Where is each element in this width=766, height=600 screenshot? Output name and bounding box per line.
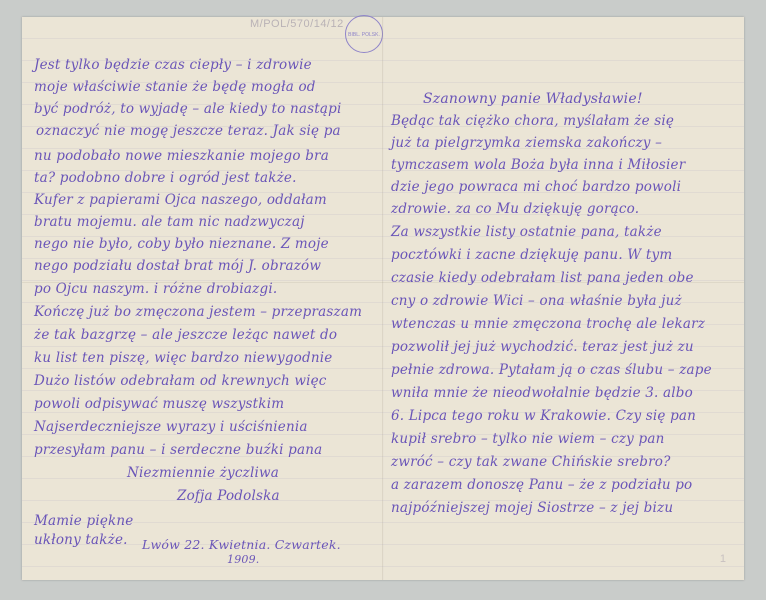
- right-page: Szanowny panie Władysławie! Będąc tak ci…: [383, 17, 744, 580]
- postscript-line: ukłony także.: [34, 532, 128, 548]
- date-place: Lwów 22. Kwietnia. Czwartek.: [142, 537, 341, 552]
- letter-line: Dużo listów odebrałam od krewnych więc: [34, 373, 327, 389]
- letter-line: dzie jego powraca mi choć bardzo powoli: [391, 179, 681, 195]
- shelfmark: M/POL/570/14/12: [250, 18, 344, 30]
- letter-line: Będąc tak ciężko chora, myślałam że się: [391, 113, 674, 129]
- letter-line: że tak bazgrzę – ale jeszcze leżąc nawet…: [34, 327, 337, 343]
- letter-line: nu podobało nowe mieszkanie mojego bra: [34, 148, 329, 164]
- letter-line: 6. Lipca tego roku w Krakowie. Czy się p…: [391, 408, 696, 424]
- letter-line: Kufer z papierami Ojca naszego, oddałam: [34, 192, 327, 208]
- letter-line: powoli odpisywać muszę wszystkim: [34, 396, 284, 412]
- postscript-line: Mamie piękne: [34, 513, 133, 529]
- letter-line: tymczasem wola Boża była inna i Miłosier: [391, 157, 685, 173]
- date-year: 1909.: [227, 553, 260, 566]
- letter-line: bratu mojemu. ale tam nic nadzwyczaj: [34, 214, 305, 230]
- letter-line: Jest tylko będzie czas ciepły – i zdrowi…: [34, 57, 312, 73]
- letter-line: najpóźniejszej mojej Siostrze – z jej bi…: [391, 500, 673, 516]
- stamp-text: BIBL. POLSK.: [348, 32, 380, 38]
- letter-line: oznaczyć nie mogę jeszcze teraz. Jak się…: [36, 123, 341, 139]
- letter-line: moje właściwie stanie że będę mogła od: [34, 79, 316, 95]
- letter-line: ta? podobno dobre i ogród jest także.: [34, 170, 297, 186]
- letter-sheet: M/POL/570/14/12 BIBL. POLSK. Jest tylko …: [22, 17, 744, 580]
- letter-line: pocztówki i zacne dziękuję panu. W tym: [391, 247, 672, 263]
- letter-line: już ta pielgrzymka ziemska zakończy –: [391, 135, 662, 151]
- letter-line: wniła mnie że nieodwołalnie będzie 3. al…: [391, 385, 693, 401]
- letter-line: pełnie zdrowa. Pytałam ją o czas ślubu –…: [391, 362, 712, 378]
- letter-line: po Ojcu naszym. i różne drobiazgi.: [34, 281, 277, 297]
- letter-line: kupił srebro – tylko nie wiem – czy pan: [391, 431, 664, 447]
- library-stamp-icon: BIBL. POLSK.: [345, 15, 383, 53]
- letter-line: być podróż, to wyjadę – ale kiedy to nas…: [34, 101, 341, 117]
- letter-line: ku list ten piszę, więc bardzo niewygodn…: [34, 350, 332, 366]
- closing-line: Niezmiennie życzliwa: [127, 465, 279, 481]
- letter-line: Najserdeczniejsze wyrazy i uściśnienia: [34, 419, 308, 435]
- letter-line: nego nie było, coby było nieznane. Z moj…: [34, 236, 329, 252]
- letter-line: cny o zdrowie Wici – ona właśnie była ju…: [391, 293, 682, 309]
- letter-line: wtenczas u mnie zmęczona trochę ale leka…: [391, 316, 705, 332]
- letter-line: pozwolił jej już wychodzić. teraz jest j…: [391, 339, 694, 355]
- letter-line: zwróć – czy tak zwane Chińskie srebro?: [391, 454, 671, 470]
- letter-line: czasie kiedy odebrałam list pana jeden o…: [391, 270, 694, 286]
- letter-line: przesyłam panu – i serdeczne buźki pana: [34, 442, 322, 458]
- letter-line: nego podziału dostał brat mój J. obrazów: [34, 258, 321, 274]
- letter-line: Za wszystkie listy ostatnie pana, także: [391, 224, 662, 240]
- letter-line: zdrowie. za co Mu dziękuję gorąco.: [391, 201, 639, 217]
- letter-line: a zarazem donoszę Panu – że z podziału p…: [391, 477, 692, 493]
- salutation: Szanowny panie Władysławie!: [423, 91, 643, 107]
- left-page: M/POL/570/14/12 BIBL. POLSK. Jest tylko …: [22, 17, 383, 580]
- page-number: 1: [720, 553, 726, 565]
- signature: Zofja Podolska: [177, 488, 280, 504]
- letter-line: Kończę już bo zmęczona jestem – przepras…: [34, 304, 362, 320]
